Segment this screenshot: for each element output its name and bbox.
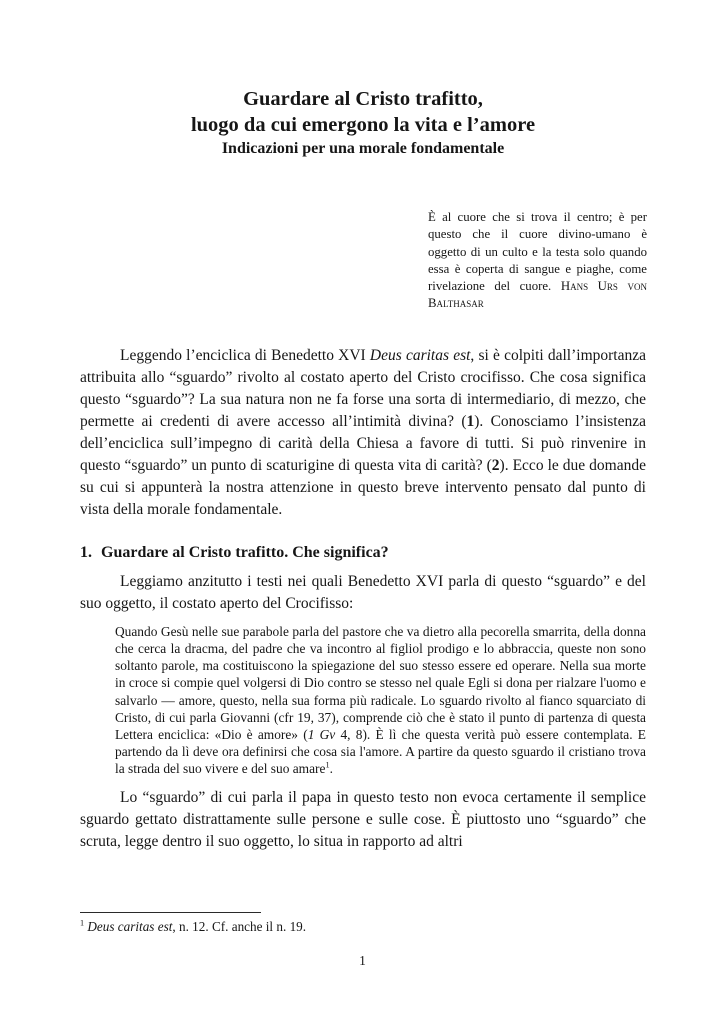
footnote-marker: 1	[80, 919, 84, 928]
epigraph: È al cuore che si trova il centro; è per…	[428, 209, 647, 313]
footnote-1: 1 Deus caritas est, n. 12. Cf. anche il …	[80, 918, 646, 935]
text-run-bold: 2	[492, 457, 500, 474]
text-run-italic: 1 Gv	[308, 727, 336, 742]
footnote-source: Deus caritas est	[87, 919, 172, 934]
closing-paragraph: Lo “sguardo” di cui parla il papa in que…	[80, 787, 646, 853]
page-number: 1	[0, 953, 725, 969]
document-subtitle: Indicazioni per una morale fondamentale	[80, 138, 646, 160]
footnote-rest: , n. 12. Cf. anche il n. 19.	[172, 919, 306, 934]
footnote-divider	[80, 912, 261, 913]
section-1-lead-paragraph: Leggiamo anzitutto i testi nei quali Ben…	[80, 571, 646, 615]
document-page: Guardare al Cristo trafitto, luogo da cu…	[0, 0, 725, 1024]
text-run: Quando Gesù nelle sue parabole parla del…	[115, 624, 646, 742]
title-line-1: Guardare al Cristo trafitto,	[80, 86, 646, 112]
block-quote: Quando Gesù nelle sue parabole parla del…	[115, 623, 646, 778]
section-title: Guardare al Cristo trafitto. Che signifi…	[101, 544, 389, 561]
text-run: .	[330, 761, 333, 776]
footnote-area: 1 Deus caritas est, n. 12. Cf. anche il …	[80, 912, 646, 935]
title-block: Guardare al Cristo trafitto, luogo da cu…	[80, 0, 646, 160]
intro-paragraph: Leggendo l’enciclica di Benedetto XVI De…	[80, 345, 646, 521]
text-run-italic: Deus caritas est	[370, 347, 471, 364]
title-line-2: luogo da cui emergono la vita e l’amore	[80, 112, 646, 138]
section-1-heading: 1.Guardare al Cristo trafitto. Che signi…	[80, 541, 646, 565]
text-run: Leggendo l’enciclica di Benedetto XVI	[120, 347, 370, 364]
section-number: 1.	[80, 544, 92, 561]
